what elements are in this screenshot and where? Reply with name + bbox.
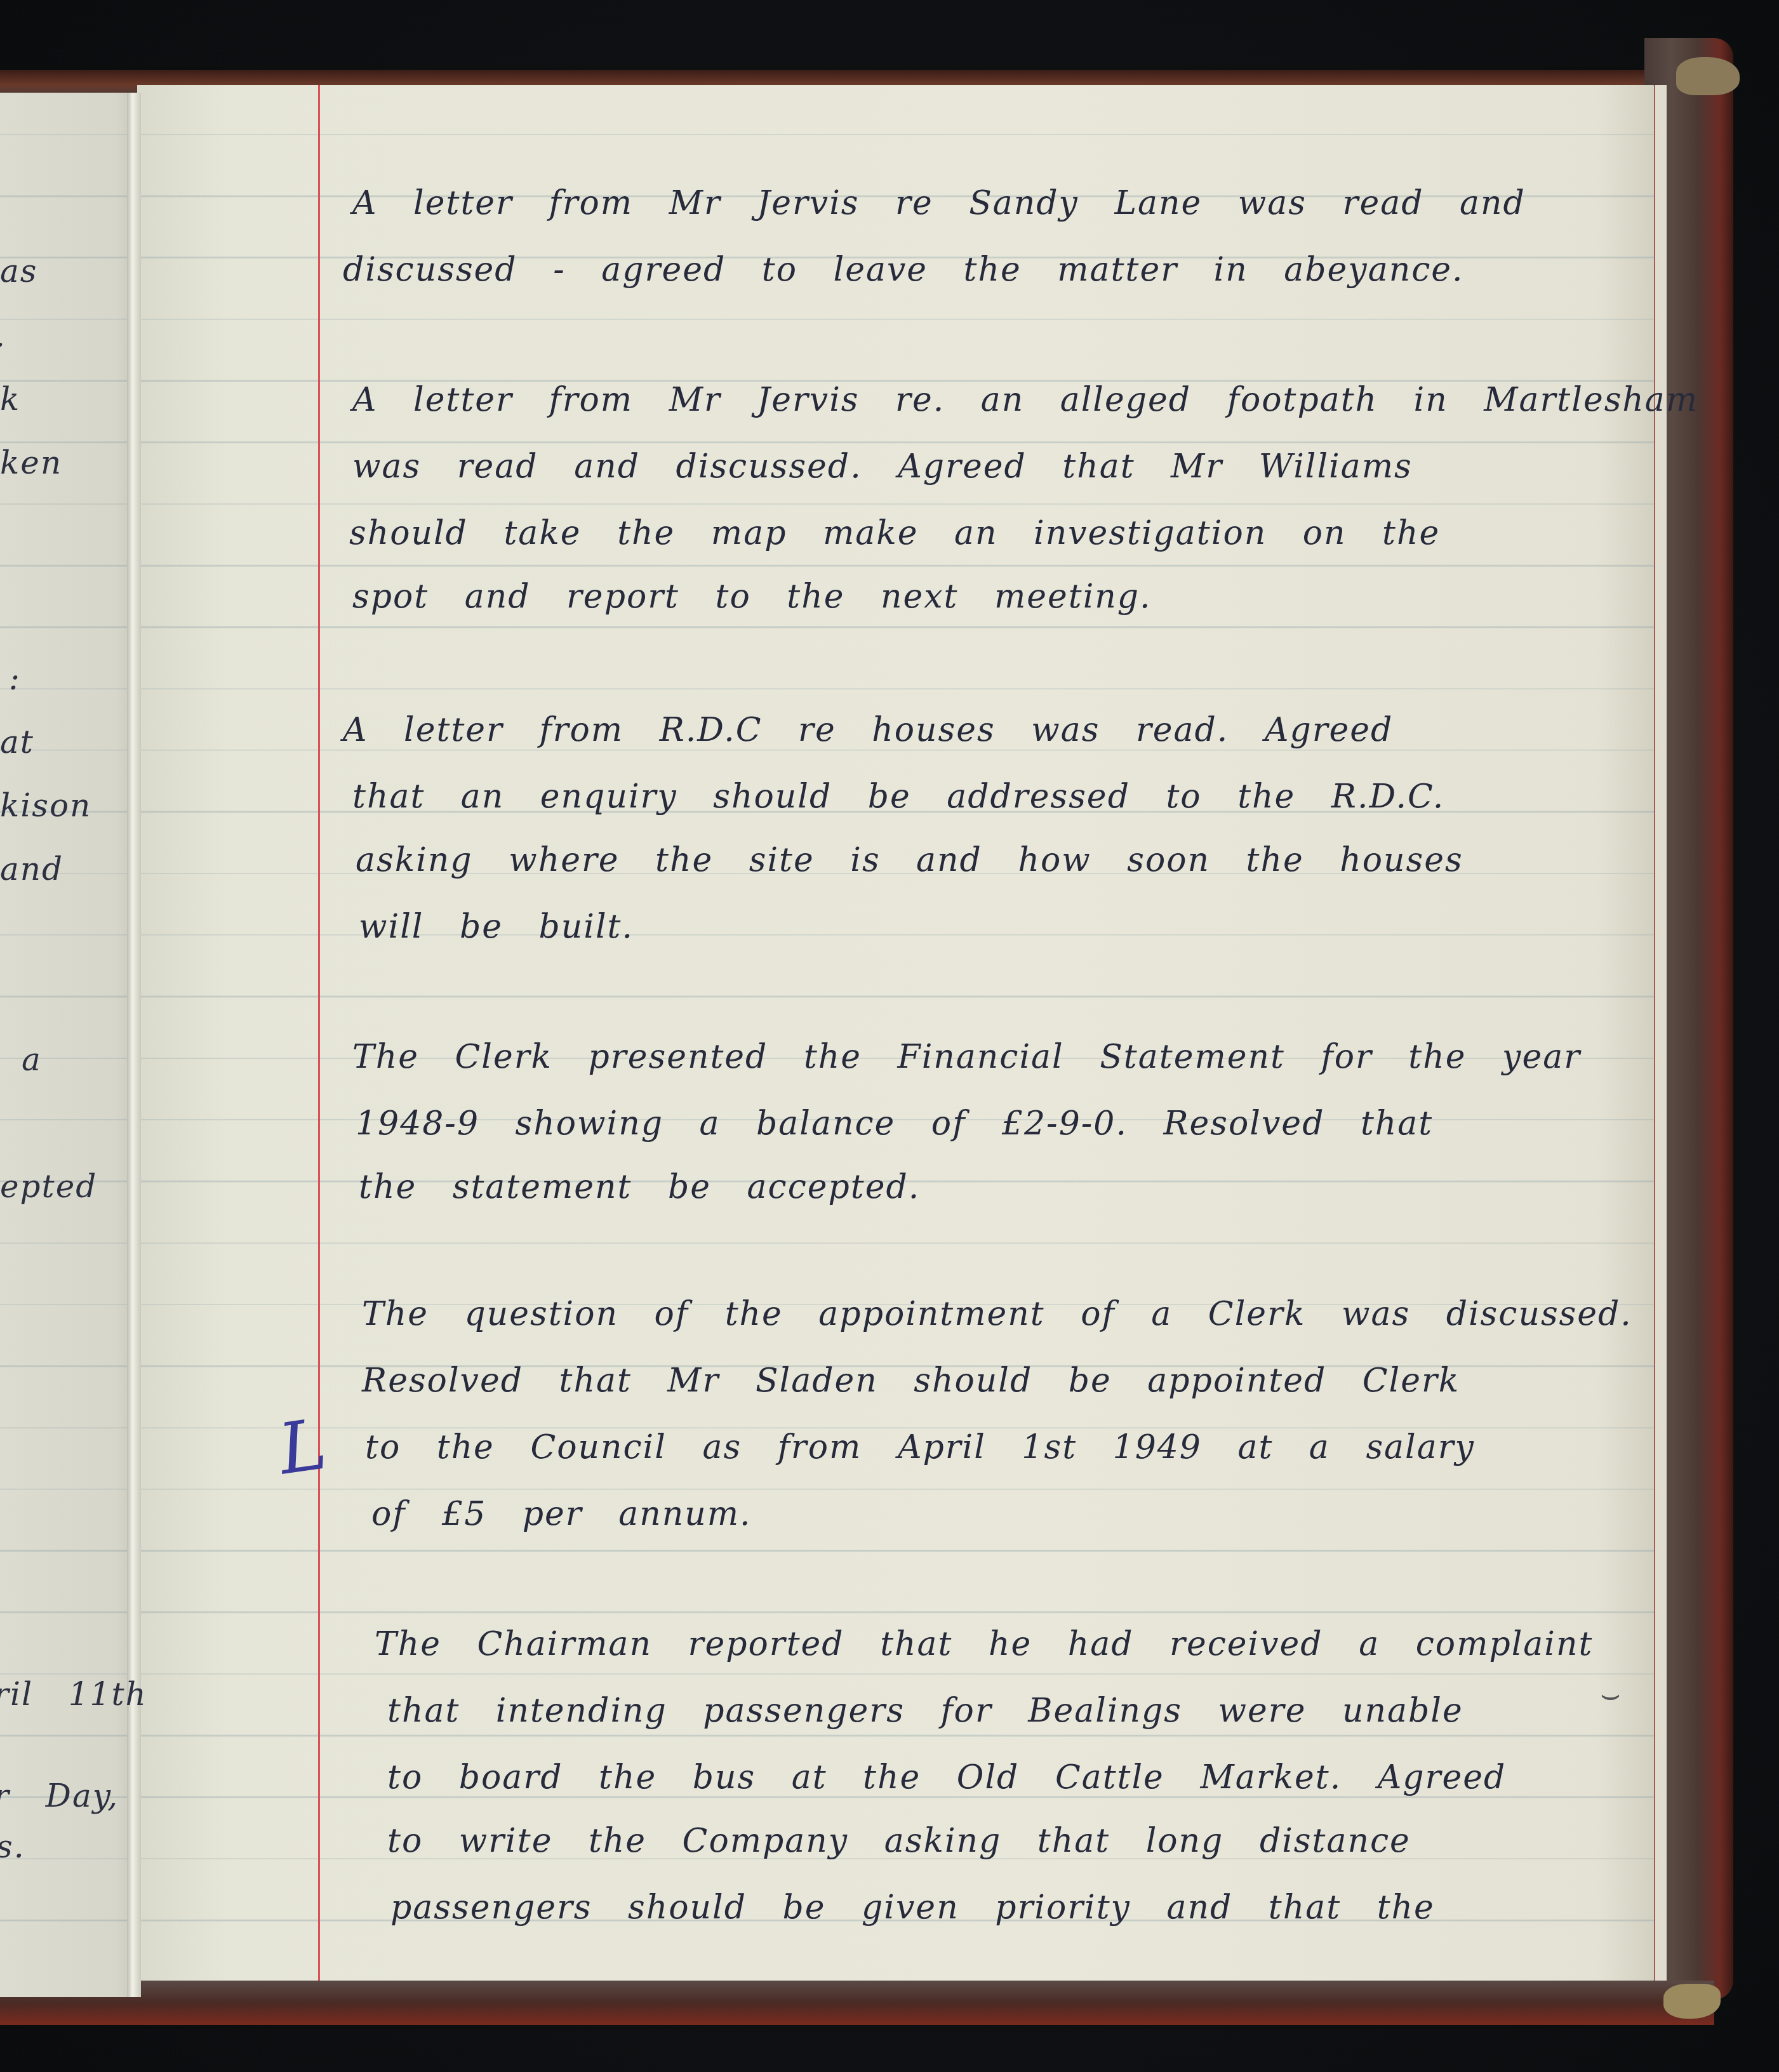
red-margin-line	[318, 85, 320, 1981]
minute-line: 1948-9 showing a balance of £2-9-0. Reso…	[356, 1105, 1433, 1143]
minute-line: A letter from Mr Jervis re Sandy Lane wa…	[352, 184, 1526, 222]
minute-line: will be built.	[359, 908, 634, 946]
minute-line: spot and report to the next meeting.	[352, 578, 1152, 616]
book-cover-bottom-edge	[0, 1981, 1714, 2025]
page-edge	[1654, 85, 1667, 1981]
minute-line: discussed - agreed to leave the matter i…	[343, 251, 1464, 289]
left-fragment: :	[9, 660, 21, 697]
minute-line: The Clerk presented the Financial Statem…	[352, 1038, 1581, 1076]
minute-line: The Chairman reported that he had receiv…	[375, 1625, 1593, 1663]
left-fragment: at	[0, 724, 34, 760]
left-fragment: .	[0, 317, 6, 354]
minute-line: that intending passengers for Bealings w…	[387, 1692, 1463, 1730]
left-fragment: r Day,	[0, 1777, 119, 1814]
minute-line: A letter from Mr Jervis re. an alleged f…	[352, 381, 1698, 419]
minute-line: A letter from R.D.C re houses was read. …	[343, 711, 1393, 749]
left-fragment: s.	[0, 1828, 25, 1865]
left-fragment: a	[22, 1041, 42, 1078]
left-fragment: ril 11th	[0, 1676, 147, 1713]
minute-line: should take the map make an investigatio…	[349, 514, 1440, 552]
minute-line: to board the bus at the Old Cattle Marke…	[387, 1758, 1506, 1796]
left-fragment: ken	[0, 444, 62, 481]
minute-line: of £5 per annum.	[371, 1495, 752, 1533]
left-fragment: k	[0, 381, 20, 418]
left-fragment: epted	[0, 1168, 97, 1205]
pencil-tick-mark: ⌣	[1600, 1676, 1621, 1713]
minute-line: that an enquiry should be addressed to t…	[352, 778, 1444, 816]
left-fragment: as	[0, 253, 37, 289]
minute-line: asking where the site is and how soon th…	[356, 841, 1463, 879]
minute-line: passengers should be given priority and …	[390, 1889, 1435, 1927]
worn-corner-top	[1676, 57, 1740, 95]
minute-line: to write the Company asking that long di…	[387, 1822, 1411, 1860]
minute-line: to the Council as from April 1st 1949 at…	[365, 1428, 1475, 1466]
minute-line: Resolved that Mr Sladen should be appoin…	[362, 1362, 1460, 1400]
minute-line: the statement be accepted.	[359, 1168, 920, 1206]
minute-line: The question of the appointment of a Cle…	[362, 1295, 1632, 1333]
minute-line: was read and discussed. Agreed that Mr W…	[352, 448, 1413, 486]
left-fragment: and	[0, 851, 63, 887]
left-fragment: kison	[0, 787, 91, 824]
worn-corner-bottom	[1663, 1984, 1721, 2019]
